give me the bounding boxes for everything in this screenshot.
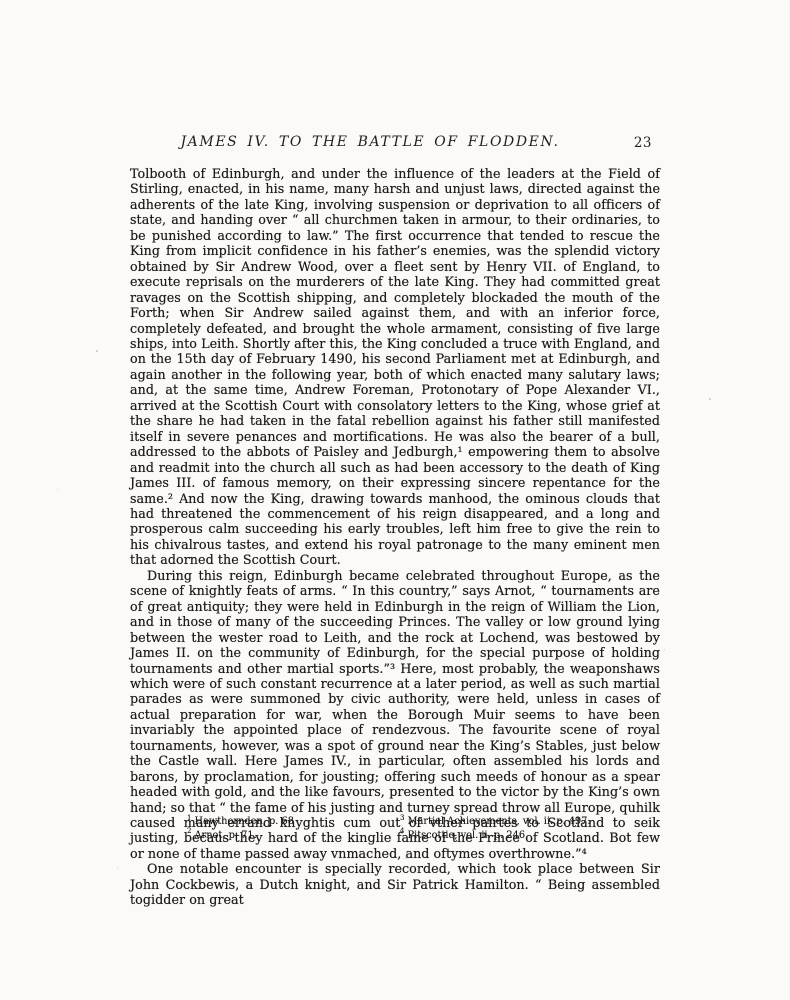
body-text-block: Tolbooth of Edinburgh, and under the inf… <box>130 166 660 908</box>
footnote-1: 1Hawthornden, p. 68 <box>187 815 400 829</box>
page-header: JAMES IV. TO THE BATTLE OF FLODDEN. 23 <box>130 134 660 154</box>
footnote-2-text: Arnot, p. 71. <box>194 830 256 841</box>
footnote-1-marker: 1 <box>187 814 191 822</box>
footnotes-right-column: 3Martial Achievements, vol. ii. p. 497. … <box>400 815 660 842</box>
book-page-scan: JAMES IV. TO THE BATTLE OF FLODDEN. 23 T… <box>0 0 790 1000</box>
footnotes-left-column: 1Hawthornden, p. 68 2Arnot, p. 71. <box>130 815 400 842</box>
footnote-2-marker: 2 <box>187 827 191 835</box>
footnote-3-marker: 3 <box>400 814 404 822</box>
scan-speck <box>117 867 118 868</box>
page-number: 23 <box>634 135 652 151</box>
footnote-4-text: Pitscottie, vol. ii. p. 246. <box>407 830 528 841</box>
footnote-1-text: Hawthornden, p. 68 <box>194 816 293 827</box>
footnote-2: 2Arnot, p. 71. <box>187 829 400 843</box>
scan-speck <box>664 649 665 650</box>
paragraph-continuation: Tolbooth of Edinburgh, and under the inf… <box>130 166 660 568</box>
footnote-3: 3Martial Achievements, vol. ii. p. 497. <box>400 815 660 829</box>
scan-speck <box>405 857 407 859</box>
scan-speck <box>628 338 629 339</box>
scan-speck <box>641 356 643 358</box>
footnote-3-text: Martial Achievements, vol. ii. p. 497. <box>407 816 590 827</box>
running-head-title: JAMES IV. TO THE BATTLE OF FLODDEN. <box>130 134 610 150</box>
scan-speck <box>57 489 58 490</box>
paragraph-encounter: One notable encounter is specially recor… <box>130 861 660 907</box>
footnote-4-marker: 4 <box>400 827 404 835</box>
footnotes: 1Hawthornden, p. 68 2Arnot, p. 71. 3Mart… <box>130 815 660 842</box>
scan-speck <box>96 350 98 352</box>
footnote-4: 4Pitscottie, vol. ii. p. 246. <box>400 829 660 843</box>
scan-speck <box>709 398 711 400</box>
